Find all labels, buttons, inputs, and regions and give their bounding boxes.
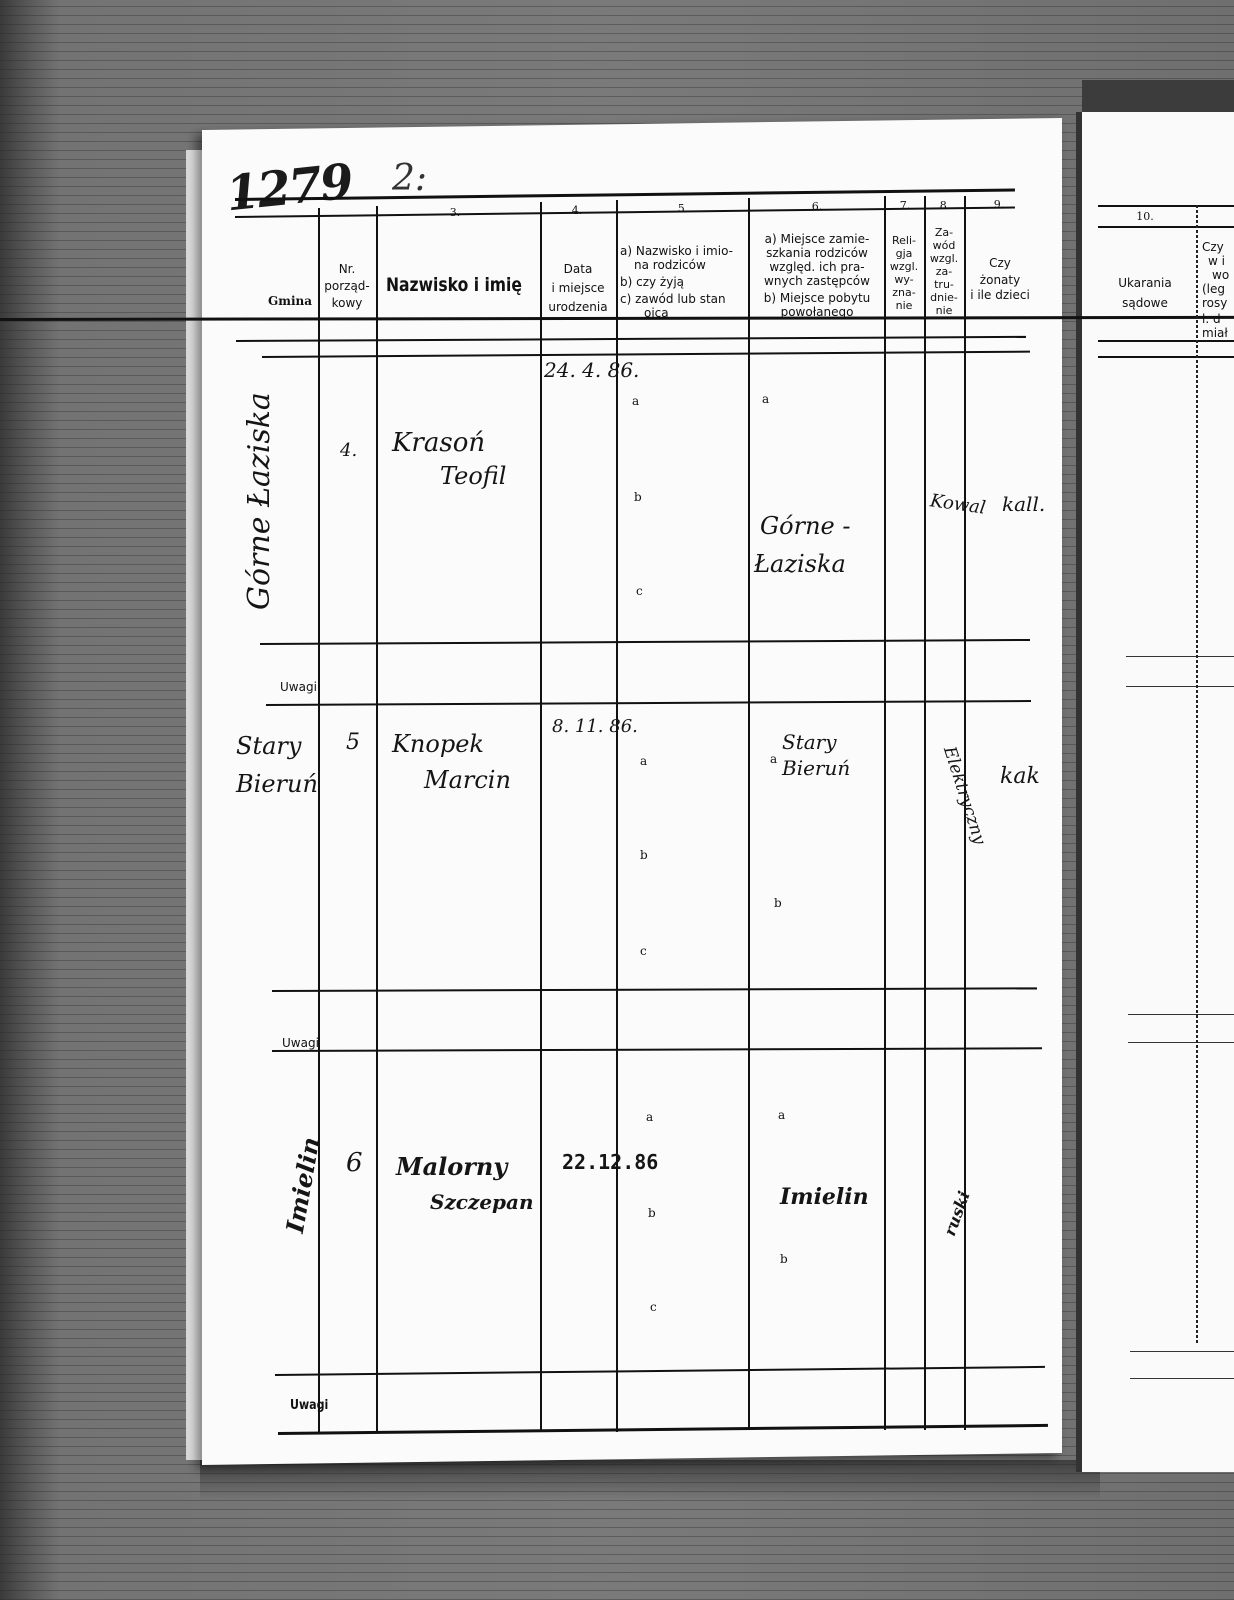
header-col11-6: l. d bbox=[1202, 312, 1234, 326]
header-col11-partial: Czy w i wo (leg rosy l. d miał bbox=[1202, 240, 1234, 340]
entry3-col6-a: a bbox=[778, 1108, 785, 1122]
col-divider-5 bbox=[748, 198, 750, 1430]
sheet-mark: 2: bbox=[392, 158, 427, 199]
col-divider-6 bbox=[884, 196, 886, 1430]
colnum-4: 4. bbox=[562, 204, 592, 217]
entry3-remarks-label: Uwagi bbox=[290, 1398, 328, 1413]
header-rodzice-c2: ojca bbox=[620, 306, 748, 320]
header-miejsce-a2: szkania rodziców bbox=[750, 246, 884, 260]
header-nr-line3: kowy bbox=[318, 296, 376, 310]
entry2-surname: Knopek bbox=[392, 730, 484, 758]
header-nr-line1: Nr. bbox=[318, 262, 376, 276]
header-rodzice-a1: a) Nazwisko i imio- bbox=[620, 244, 748, 258]
header-rodzice-c1: c) zawód lub stan bbox=[620, 292, 748, 306]
colnum-3: 3. bbox=[440, 206, 470, 219]
right-rule-d bbox=[1128, 1042, 1234, 1043]
entry1-col5-b: b bbox=[634, 490, 642, 504]
entry2-residence-line2: Bieruń bbox=[782, 756, 850, 780]
col-divider-1 bbox=[318, 208, 320, 1433]
entry1-col6-a: a bbox=[762, 392, 769, 406]
entry2-remarks-label: Uwagi bbox=[282, 1036, 319, 1050]
header-miejsce: a) Miejsce zamie- szkania rodziców wzglę… bbox=[750, 232, 884, 319]
entry3-nr: 6 bbox=[346, 1148, 363, 1178]
header-col11-5: rosy bbox=[1202, 296, 1234, 310]
header-miejsce-a3: względ. ich pra- bbox=[750, 260, 884, 274]
header-zawod: Za- wód wzgl. za- tru- dnie- nie bbox=[924, 226, 964, 317]
entry2-birth-date: 8. 11. 86. bbox=[552, 716, 638, 737]
header-nazwisko-imie: Nazwisko i imię bbox=[386, 274, 522, 296]
header-zonaty-3: i ile dzieci bbox=[964, 288, 1036, 302]
header-col11-2: w i bbox=[1202, 254, 1234, 268]
header-miejsce-b2: powołanego bbox=[750, 305, 884, 319]
header-religia-4: wy- bbox=[884, 273, 924, 286]
entry1-gmina: Górne Łaziska bbox=[242, 392, 277, 610]
colnum-8: 8. bbox=[930, 199, 960, 212]
entry1-remarks-label: Uwagi bbox=[280, 680, 317, 694]
entry1-married: kall. bbox=[1002, 492, 1045, 516]
header-ukarania: Ukarania sądowe bbox=[1100, 276, 1190, 310]
header-religia: Reli- gja wzgl. wy- zna- nie bbox=[884, 234, 924, 312]
entry3-col6-b: b bbox=[780, 1252, 788, 1266]
header-religia-5: zna- bbox=[884, 286, 924, 299]
entry2-col5-b: b bbox=[640, 848, 648, 862]
header-nr-porzadkowy: Nr. porząd- kowy bbox=[318, 262, 376, 310]
entry1-nr: 4. bbox=[340, 440, 357, 461]
header-col11-4: (leg bbox=[1202, 282, 1234, 296]
col-divider-7 bbox=[924, 196, 926, 1430]
entry2-nr: 5 bbox=[346, 730, 360, 755]
entry3-col5-b: b bbox=[648, 1206, 656, 1220]
header-ukarania-1: Ukarania bbox=[1100, 276, 1190, 290]
entry1-residence-line2: Łaziska bbox=[754, 550, 846, 578]
header-col11-1: Czy bbox=[1202, 240, 1234, 254]
entry1-given-name: Teofil bbox=[440, 462, 506, 490]
entry1-residence-line1: Górne - bbox=[760, 512, 851, 540]
col-divider-4 bbox=[616, 200, 618, 1432]
header-rodzice: a) Nazwisko i imio- na rodziców b) czy ż… bbox=[620, 244, 748, 320]
right-rule-e bbox=[1130, 1351, 1234, 1352]
header-rodzice-b: b) czy żyją bbox=[620, 275, 748, 289]
col-divider-2 bbox=[376, 206, 378, 1433]
entry2-gmina-line2: Bieruń bbox=[236, 770, 318, 798]
entry1-col5-a: a bbox=[632, 394, 639, 408]
entry1-birth-date: 24. 4. 86. bbox=[544, 358, 639, 382]
col-divider-3 bbox=[540, 202, 542, 1432]
header-data-line3: urodzenia bbox=[540, 300, 616, 314]
entry1-col5-c: c bbox=[636, 584, 643, 598]
header-zawod-6: dnie- bbox=[924, 291, 964, 304]
entry3-residence: Imielin bbox=[780, 1184, 869, 1210]
right-rule-f bbox=[1130, 1378, 1234, 1379]
header-col11-3: wo bbox=[1202, 268, 1234, 282]
entry3-col5-c: c bbox=[650, 1300, 657, 1314]
entry3-given-name: Szczepan bbox=[430, 1190, 534, 1214]
entry3-col5-a: a bbox=[646, 1110, 653, 1124]
entry2-residence-line1: Stary bbox=[782, 730, 837, 754]
colnum-5: 5. bbox=[668, 202, 698, 215]
colnum-10: 10. bbox=[1130, 210, 1160, 223]
header-gmina: Gmina bbox=[268, 294, 312, 308]
entry2-col5-a: a bbox=[640, 754, 647, 768]
entry2-given-name: Marcin bbox=[424, 766, 511, 794]
right-col-divider bbox=[1196, 205, 1198, 1345]
right-rule-b bbox=[1126, 686, 1234, 687]
entry1-surname: Krasoń bbox=[392, 428, 485, 458]
right-rule-a bbox=[1126, 656, 1234, 657]
header-religia-1: Reli- bbox=[884, 234, 924, 247]
entry2-col6-a: a bbox=[770, 752, 777, 766]
header-nr-line2: porząd- bbox=[318, 279, 376, 293]
entry3-surname: Malorny bbox=[396, 1152, 507, 1181]
entry2-col5-c: c bbox=[640, 944, 647, 958]
entry2-gmina-line1: Stary bbox=[236, 732, 301, 760]
page-shadow bbox=[200, 1460, 1100, 1500]
header-zawod-4: za- bbox=[924, 265, 964, 278]
header-zonaty-1: Czy bbox=[964, 256, 1036, 270]
colnum-9: 9. bbox=[984, 198, 1014, 211]
header-zawod-2: wód bbox=[924, 239, 964, 252]
entry3-birth-date: 22.12.86 bbox=[562, 1150, 658, 1174]
right-rule-c bbox=[1128, 1014, 1234, 1015]
header-religia-2: gja bbox=[884, 247, 924, 260]
header-col11-7: miał bbox=[1202, 326, 1234, 340]
header-zawod-5: tru- bbox=[924, 278, 964, 291]
header-data-miejsce: Data i miejsce urodzenia bbox=[540, 262, 616, 314]
header-religia-6: nie bbox=[884, 299, 924, 312]
right-top-rule bbox=[1098, 205, 1234, 207]
colnum-7: 7. bbox=[890, 199, 920, 212]
header-miejsce-b1: b) Miejsce pobytu bbox=[750, 291, 884, 305]
header-religia-3: wzgl. bbox=[884, 260, 924, 273]
colnum-6: 6. bbox=[802, 200, 832, 213]
header-data-line1: Data bbox=[540, 262, 616, 276]
header-zonaty-2: żonaty bbox=[964, 273, 1036, 287]
header-miejsce-a4: wnych zastępców bbox=[750, 274, 884, 288]
header-zonaty: Czy żonaty i ile dzieci bbox=[964, 256, 1036, 302]
header-rodzice-a2: na rodziców bbox=[620, 258, 748, 272]
header-zawod-7: nie bbox=[924, 304, 964, 317]
entry2-married: kak bbox=[1000, 764, 1040, 789]
header-miejsce-a1: a) Miejsce zamie- bbox=[750, 232, 884, 246]
header-ukarania-2: sądowe bbox=[1100, 296, 1190, 310]
right-hdr-sub-rule bbox=[1098, 356, 1234, 358]
right-hdr-rule bbox=[1098, 340, 1234, 342]
entry2-col6-b: b bbox=[774, 896, 782, 910]
header-zawod-3: wzgl. bbox=[924, 252, 964, 265]
right-colnum-rule bbox=[1098, 226, 1234, 228]
header-data-line2: i miejsce bbox=[540, 281, 616, 295]
header-zawod-1: Za- bbox=[924, 226, 964, 239]
